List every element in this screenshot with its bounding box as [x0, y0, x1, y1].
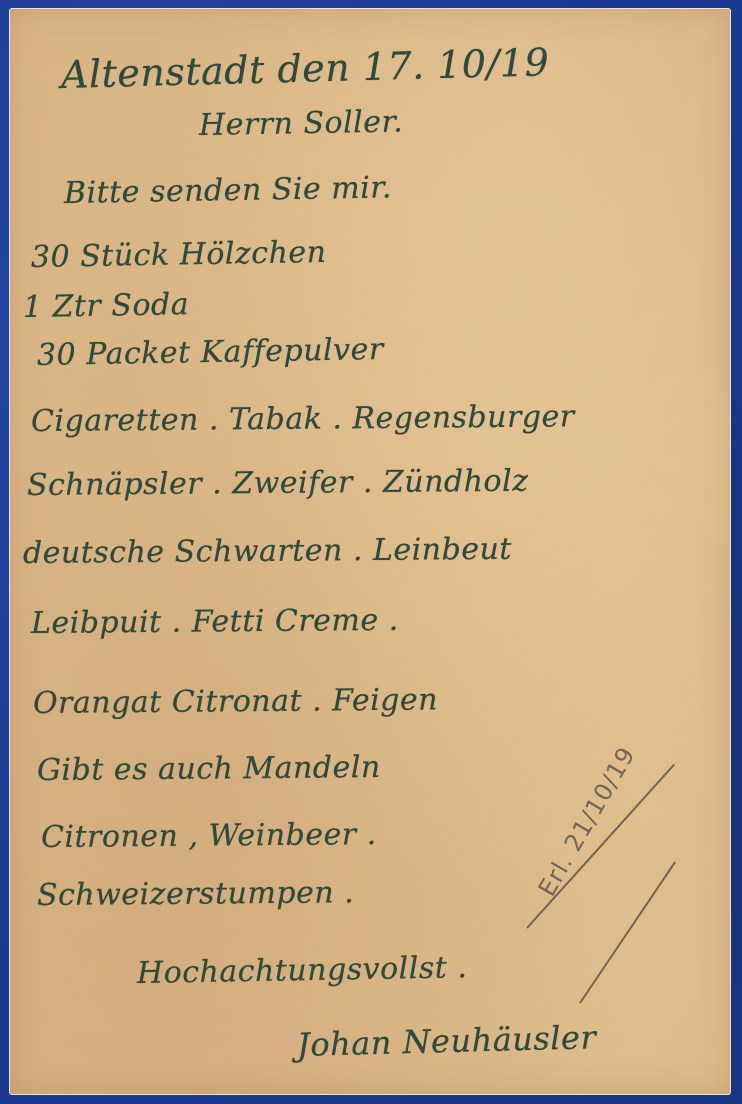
- order-item: Citronen , Weinbeer .: [41, 817, 377, 855]
- order-item: 30 Stück Hölzchen: [31, 235, 327, 275]
- order-item: Schweizerstumpen .: [37, 875, 354, 913]
- letter-greeting: Herrn Soller.: [199, 104, 404, 143]
- order-item: 1 Ztr Soda: [23, 287, 190, 325]
- order-item: Leibpuit . Fetti Creme .: [31, 603, 399, 641]
- order-item: Gibt es auch Mandeln: [37, 750, 381, 788]
- order-item: Orangat Citronat . Feigen: [33, 682, 438, 721]
- order-item: Cigaretten . Tabak . Regensburger: [31, 399, 575, 439]
- letter-signature: Johan Neuhäusler: [297, 1018, 597, 1064]
- postcard: Altenstadt den 17. 10/19 Herrn Soller. B…: [9, 8, 731, 1095]
- order-item: 30 Packet Kaffepulver: [37, 332, 384, 373]
- order-item: deutsche Schwarten . Leinbeut: [23, 532, 512, 571]
- letter-closing: Hochachtungsvollst .: [137, 950, 468, 991]
- letter-header-place-date: Altenstadt den 17. 10/19: [60, 40, 549, 97]
- order-item: Schnäpsler . Zweifer . Zündholz: [27, 464, 529, 503]
- letter-intro: Bitte senden Sie mir.: [64, 170, 392, 211]
